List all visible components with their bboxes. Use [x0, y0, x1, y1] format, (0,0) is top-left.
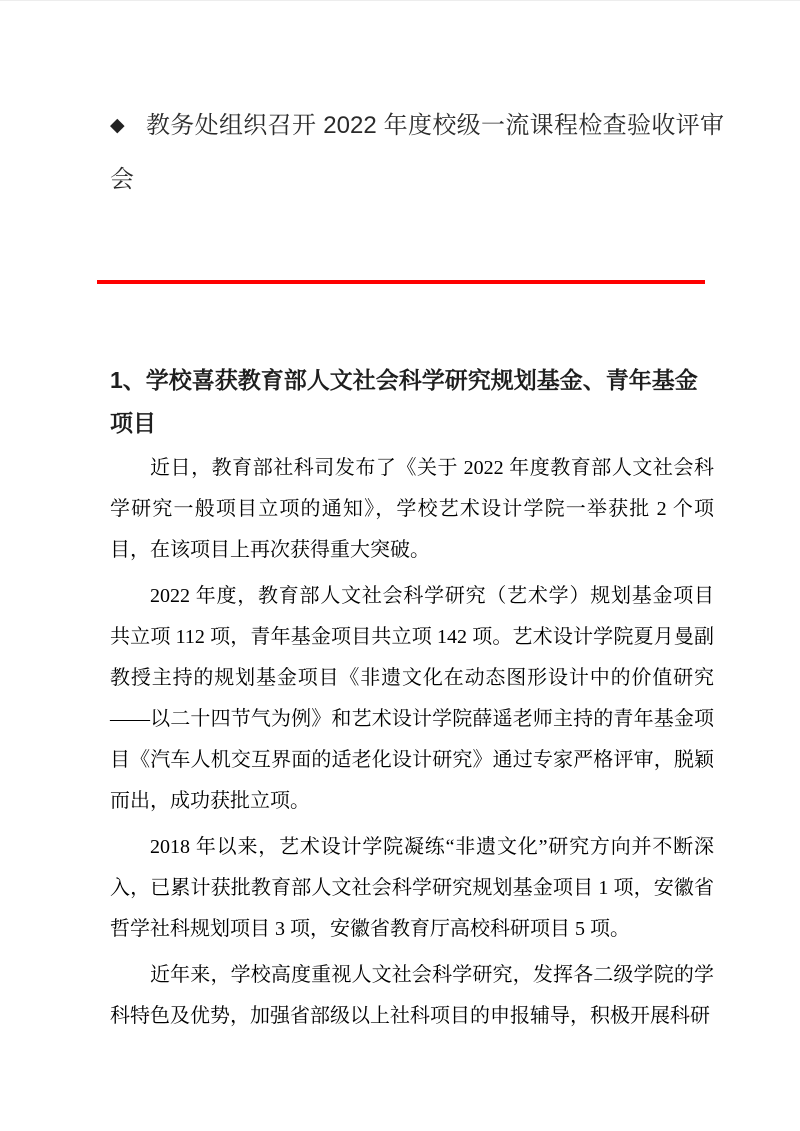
document-page: ◆教务处组织召开 2022 年度校级一流课程检查验收评审会 1、学校喜获教育部人… — [0, 1, 800, 1131]
diamond-bullet-icon: ◆ — [110, 115, 146, 136]
paragraph-3: 2018 年以来，艺术设计学院凝练“非遗文化”研究方向并不断深入，已累计获批教育… — [110, 827, 714, 950]
bulletin-list-item: ◆教务处组织召开 2022 年度校级一流课程检查验收评审会 — [110, 100, 724, 206]
paragraph-2: 2022 年度，教育部人文社会科学研究（艺术学）规划基金项目共立项 112 项，… — [110, 576, 714, 822]
article-body: 近日，教育部社科司发布了《关于 2022 年度教育部人文社会科学研究一般项目立项… — [110, 448, 710, 1037]
paragraph-4: 近年来，学校高度重视人文社会科学研究，发挥各二级学院的学科特色及优势，加强省部级… — [110, 955, 714, 1037]
red-divider — [97, 280, 705, 284]
bulletin-item-text: 教务处组织召开 2022 年度校级一流课程检查验收评审会 — [110, 112, 724, 193]
section-heading: 1、学校喜获教育部人文社会科学研究规划基金、青年基金项目 — [110, 359, 710, 445]
paragraph-1: 近日，教育部社科司发布了《关于 2022 年度教育部人文社会科学研究一般项目立项… — [110, 448, 714, 571]
